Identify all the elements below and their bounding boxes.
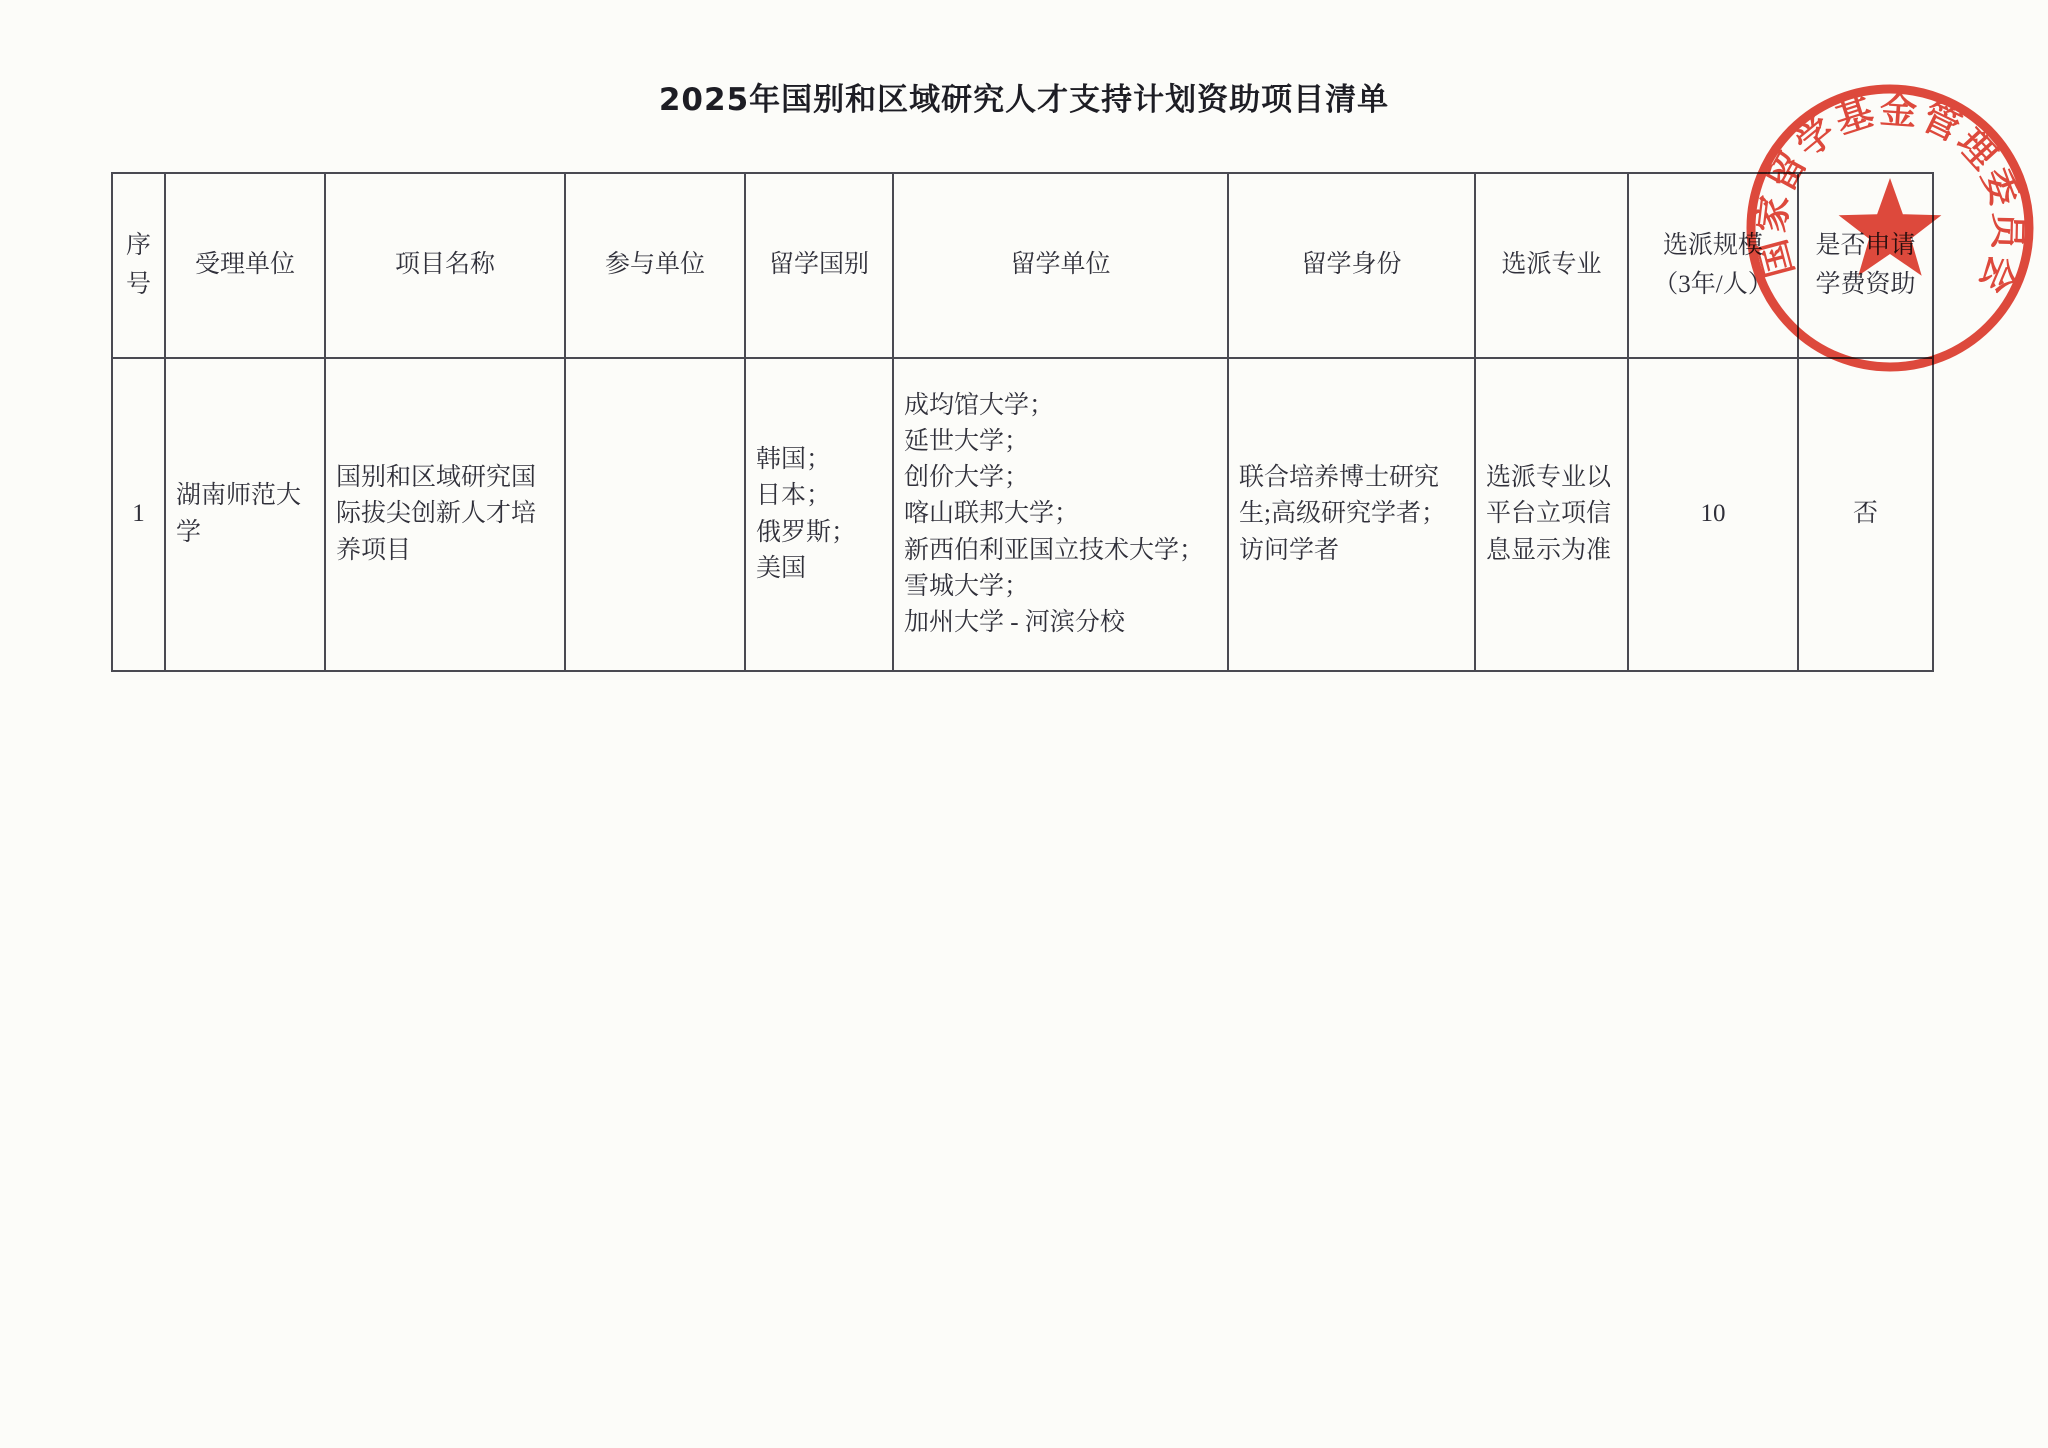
header-accepting-institution: 受理单位 [165,173,325,358]
cell-tuition-request: 否 [1798,358,1933,671]
cell-index: 1 [112,358,165,671]
cell-study-status: 联合培养博士研究 生;高级研究学者； 访问学者 [1228,358,1475,671]
table-header-row: 序 号 受理单位 项目名称 参与单位 留学国别 留学单位 留学身份 选派专业 选… [112,173,1933,358]
cell-accepting-institution: 湖南师范大 学 [165,358,325,671]
header-assigned-major: 选派专业 [1475,173,1628,358]
cell-study-country: 韩国； 日本； 俄罗斯； 美国 [745,358,893,671]
page-title: 2025年国别和区域研究人才支持计划资助项目清单 [0,74,2048,119]
document-page: { "title": "2025年国别和区域研究人才支持计划资助项目清单", "… [0,0,2048,1448]
header-study-country: 留学国别 [745,173,893,358]
cell-project-name: 国别和区域研究国 际拔尖创新人才培 养项目 [325,358,565,671]
header-tuition-request: 是否申请 学费资助 [1798,173,1933,358]
header-project-name: 项目名称 [325,173,565,358]
cell-host-institution: 成均馆大学； 延世大学； 创价大学； 喀山联邦大学； 新西伯利亚国立技术大学； … [893,358,1228,671]
cell-participating-institution [565,358,745,671]
projects-table: 序 号 受理单位 项目名称 参与单位 留学国别 留学单位 留学身份 选派专业 选… [111,172,1934,672]
header-index: 序 号 [112,173,165,358]
header-participating-institution: 参与单位 [565,173,745,358]
table-row: 1 湖南师范大 学 国别和区域研究国 际拔尖创新人才培 养项目 韩国； 日本； … [112,358,1933,671]
header-selection-scale: 选派规模 （3年/人） [1628,173,1798,358]
cell-selection-scale: 10 [1628,358,1798,671]
header-study-status: 留学身份 [1228,173,1475,358]
header-host-institution: 留学单位 [893,173,1228,358]
cell-assigned-major: 选派专业以 平台立项信 息显示为准 [1475,358,1628,671]
